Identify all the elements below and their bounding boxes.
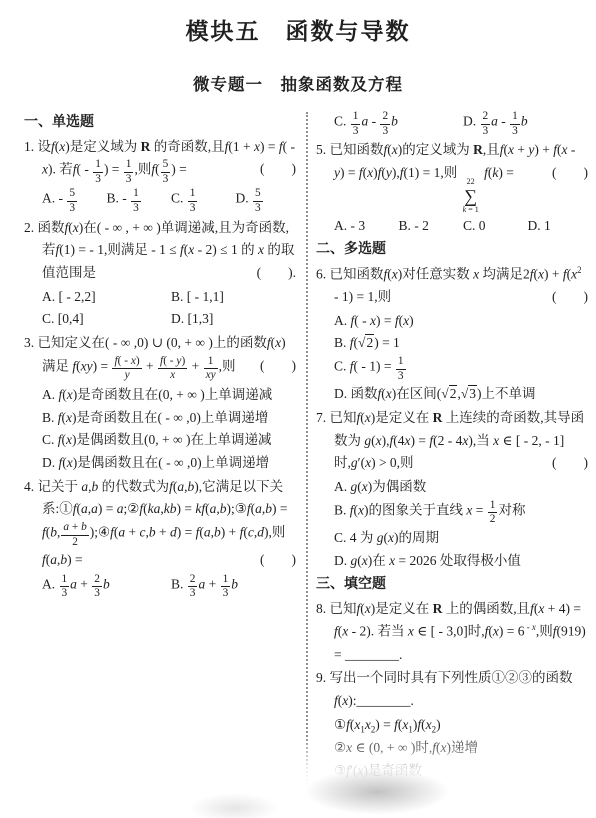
fraction: 13	[93, 158, 103, 186]
page-subtitle: 微专题一 抽象函数及方程	[0, 71, 596, 95]
question-5: 5. 已知函数f(x)的定义域为 R,且f(x + y) + f(x - y) …	[316, 139, 588, 213]
option: C. 13a - 23b	[334, 110, 459, 138]
answer-paren: ( )	[278, 158, 296, 181]
fraction: 23	[92, 573, 102, 601]
option-line: B. f(√2) = 1	[334, 332, 588, 355]
section-heading: 二、多选题	[316, 238, 588, 262]
section-heading: 一、单选题	[24, 111, 296, 135]
options-row: A. [ - 2,2]B. [ - 1,1]C. [0,4]D. [1,3]	[42, 286, 296, 331]
fraction: 23	[481, 110, 491, 138]
left-column: 一、单选题1. 设f(x)是定义域为 R 的奇函数,且f(1 + x) = f(…	[24, 110, 296, 783]
question-1: 1. 设f(x)是定义域为 R 的奇函数,且f(1 + x) = f( - x)…	[24, 136, 296, 187]
answer-paren: ( )	[278, 355, 296, 378]
option: A. [ - 2,2]	[42, 286, 167, 309]
option: D. 1	[528, 215, 589, 238]
question-4: 4. 记关于 a,b 的代数式为f(a,b),它满足以下关系:①f(a,a) =…	[24, 476, 296, 572]
fraction: 13	[396, 355, 406, 383]
option: B. - 13	[107, 187, 168, 215]
radical: √2	[441, 385, 457, 401]
question-6: 6. 已知函数f(x)对任意实数 x 均满足2f(x) + f(x2 - 1) …	[316, 263, 588, 309]
fraction: 13	[124, 158, 134, 186]
fraction: f( - x)y	[112, 355, 141, 383]
answer-paren: ( )	[570, 162, 588, 185]
option: B. - 2	[399, 215, 460, 238]
answer-paren: ( ).	[275, 262, 296, 285]
radical: √3	[461, 385, 477, 401]
answer-paren: ( )	[570, 286, 588, 309]
right-column: C. 13a - 23bD. 23a - 13b5. 已知函数f(x)的定义域为…	[316, 110, 588, 783]
question-7: 7. 已知f(x)是定义在 R 上连续的奇函数,其导函数为 g(x),f(4x)…	[316, 407, 588, 475]
question-2: 2. 函数f(x)在( - ∞ , + ∞ )单调递减,且为奇函数,若f(1) …	[24, 217, 296, 285]
fraction: f( - y)x	[158, 355, 187, 383]
option: D. [1,3]	[171, 308, 296, 331]
fraction: 12	[488, 499, 498, 527]
fraction: 13	[131, 187, 141, 215]
option-line: A. g(x)为偶函数	[334, 476, 588, 499]
option-line: ③f′(x)是奇函数	[334, 760, 588, 783]
fraction: 13	[510, 110, 520, 138]
option-line: B. f(x)的图象关于直线 x = 12对称	[334, 499, 588, 527]
option-line: A. f(x)是奇函数且在(0, + ∞ )上单调递减	[42, 384, 296, 407]
options-row: C. 13a - 23bD. 23a - 13b	[334, 110, 588, 138]
question-9: 9. 写出一个同时具有下列性质①②③的函数f(x):________.	[316, 667, 588, 712]
option-line: B. f(x)是奇函数且在( - ∞ ,0)上单调递增	[42, 407, 296, 430]
option: B. [ - 1,1]	[171, 286, 296, 309]
fraction: 23	[188, 573, 198, 601]
options-row: A. 13a + 23bB. 23a + 13b	[42, 573, 296, 601]
fraction: 53	[253, 187, 263, 215]
option: A. 13a + 23b	[42, 573, 167, 601]
option: B. 23a + 13b	[171, 573, 296, 601]
fraction: 1xy	[204, 355, 218, 383]
option: C. [0,4]	[42, 308, 167, 331]
option-line: C. 4 为 g(x)的周期	[334, 527, 588, 550]
option-line: C. f( - 1) = 13	[334, 355, 588, 383]
option: C. 0	[463, 215, 524, 238]
answer-paren: ( )	[278, 549, 296, 572]
fraction: 13	[351, 110, 361, 138]
option-line: D. g(x)在 x = 2026 处取得极小值	[334, 550, 588, 573]
options-row: A. - 53B. - 13C. 13D. 53	[42, 187, 296, 215]
option: A. - 53	[42, 187, 103, 215]
fraction: 13	[221, 573, 231, 601]
fraction: 53	[67, 187, 77, 215]
option-line: C. f(x)是偶函数且(0, + ∞ )在上单调递减	[42, 429, 296, 452]
fraction: 13	[188, 187, 198, 215]
section-heading: 三、填空题	[316, 573, 588, 597]
page-title: 模块五 函数与导数	[0, 0, 596, 46]
radical: √2	[358, 334, 374, 350]
question-3: 3. 已知定义在( - ∞ ,0) ∪ (0, + ∞ )上的函数f(x)满足 …	[24, 332, 296, 383]
option: A. - 3	[334, 215, 395, 238]
question-8: 8. 已知f(x)是定义在 R 上的偶函数,且f(x + 4) = f(x - …	[316, 598, 588, 667]
option: C. 13	[171, 187, 232, 215]
option-line: D. f(x)是偶函数且在( - ∞ ,0)上单调递增	[42, 452, 296, 475]
option-line: ②x ∈ (0, + ∞ )时,f(x)递增	[334, 737, 588, 760]
content-area: 一、单选题1. 设f(x)是定义域为 R 的奇函数,且f(1 + x) = f(…	[24, 110, 588, 783]
worksheet-page: 模块五 函数与导数 微专题一 抽象函数及方程 一、单选题1. 设f(x)是定义域…	[0, 0, 596, 818]
summation: 22∑k = 1	[463, 177, 479, 213]
answer-paren: ( )	[570, 452, 588, 475]
option-line: A. f( - x) = f(x)	[334, 310, 588, 333]
option-line: ①f(x1x2) = f(x1)f(x2)	[334, 714, 588, 738]
options-row: A. - 3B. - 2C. 0D. 1	[334, 215, 588, 238]
fraction: 53	[161, 158, 171, 186]
fraction: 13	[60, 573, 70, 601]
fraction: a + b2	[61, 521, 88, 549]
option-line: D. 函数f(x)在区间(√2,√3)上不单调	[334, 383, 588, 406]
option: D. 53	[236, 187, 297, 215]
fraction: 23	[380, 110, 390, 138]
option: D. 23a - 13b	[463, 110, 588, 138]
